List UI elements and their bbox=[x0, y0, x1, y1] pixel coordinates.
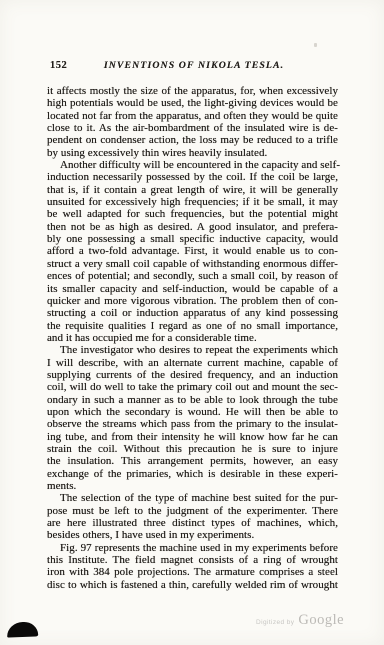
text-line: ing tube, and from their intensity he wi… bbox=[47, 431, 338, 443]
text-line: be well adapted for such frequencies, bu… bbox=[47, 208, 338, 220]
text-line: by using excessively thin wires heavily … bbox=[47, 147, 338, 159]
scanned-book-page: 152 INVENTIONS OF NIKOLA TESLA. it affec… bbox=[0, 0, 384, 645]
text-line: upon which the secondary is wound. He wi… bbox=[47, 406, 338, 418]
text-line: Fig. 97 represents the machine used in m… bbox=[47, 542, 338, 554]
text-line: this Institute. The field magnet consist… bbox=[47, 554, 338, 566]
google-logo: Google bbox=[298, 612, 344, 629]
watermark-prefix-label: Digitized by bbox=[256, 619, 294, 626]
text-line: ences of potential; and secondly, such a… bbox=[47, 270, 338, 282]
text-line: it affects mostly the size of the appara… bbox=[47, 85, 338, 97]
text-line: pose must be left to the judgment of the… bbox=[47, 505, 338, 517]
scan-corner-blob-artifact bbox=[7, 621, 39, 637]
digitization-watermark: Digitized by Google bbox=[256, 612, 344, 629]
text-line: structing a coil or induction apparatus … bbox=[47, 307, 338, 319]
text-line: coil, will do well to take the primary c… bbox=[47, 381, 338, 393]
text-line: induction necessarily possessed by the c… bbox=[47, 171, 338, 183]
text-line: I will describe, with an alternate curre… bbox=[47, 357, 338, 369]
text-line: disc to which is fastened a thin, carefu… bbox=[47, 579, 338, 591]
text-line: exchange of the primaries, which is desi… bbox=[47, 468, 338, 480]
text-line: supplying currents of the desired freque… bbox=[47, 369, 338, 381]
text-line: ments. bbox=[47, 480, 338, 492]
text-line: quicker and more vigorous vibration. The… bbox=[47, 295, 338, 307]
text-line: pendent on condenser action, the loss ma… bbox=[47, 134, 338, 146]
text-line: its smaller capacity and self-induction,… bbox=[47, 283, 338, 295]
text-line: Another difficulty will be encountered i… bbox=[47, 159, 338, 171]
text-line: high potentials would be used, the light… bbox=[47, 97, 338, 109]
text-line: strain the coil. Without this precaution… bbox=[47, 443, 338, 455]
text-line: bly one possessing a small specific indu… bbox=[47, 233, 338, 245]
running-head: 152 INVENTIONS OF NIKOLA TESLA. bbox=[48, 60, 340, 74]
text-line: The investigator who desires to repeat t… bbox=[47, 344, 338, 356]
text-line: are here illustrated three distinct type… bbox=[47, 517, 338, 529]
page-body: it affects mostly the size of the appara… bbox=[47, 85, 338, 591]
text-line: the insulation. This arrangement permits… bbox=[47, 455, 338, 467]
text-line: struct a very small coil capable of with… bbox=[47, 258, 338, 270]
text-line: close to it. As the air-bombardment of t… bbox=[47, 122, 338, 134]
text-line: The selection of the type of machine bes… bbox=[47, 492, 338, 504]
text-line: and it has occupied me for a considerabl… bbox=[47, 332, 338, 344]
text-line: located not far from the apparatus, and … bbox=[47, 110, 338, 122]
text-line: besides others, I have used in my experi… bbox=[47, 529, 338, 541]
text-line: then not be as high as desired. A good i… bbox=[47, 221, 338, 233]
text-line: observe the streams which pass from the … bbox=[47, 418, 338, 430]
scan-speck-artifact bbox=[314, 43, 317, 47]
text-line: afford a two-fold advantage. First, it w… bbox=[47, 245, 338, 257]
text-line: iron with 384 pole projections. The arma… bbox=[47, 566, 338, 578]
text-line: unsuited for excessively high frequencie… bbox=[47, 196, 338, 208]
running-title: INVENTIONS OF NIKOLA TESLA. bbox=[48, 60, 340, 71]
text-line: the requisite qualities I regard as one … bbox=[47, 320, 338, 332]
text-line: ondary in such a manner as to be able to… bbox=[47, 394, 338, 406]
text-line: that is, if it contain a great length of… bbox=[47, 184, 338, 196]
